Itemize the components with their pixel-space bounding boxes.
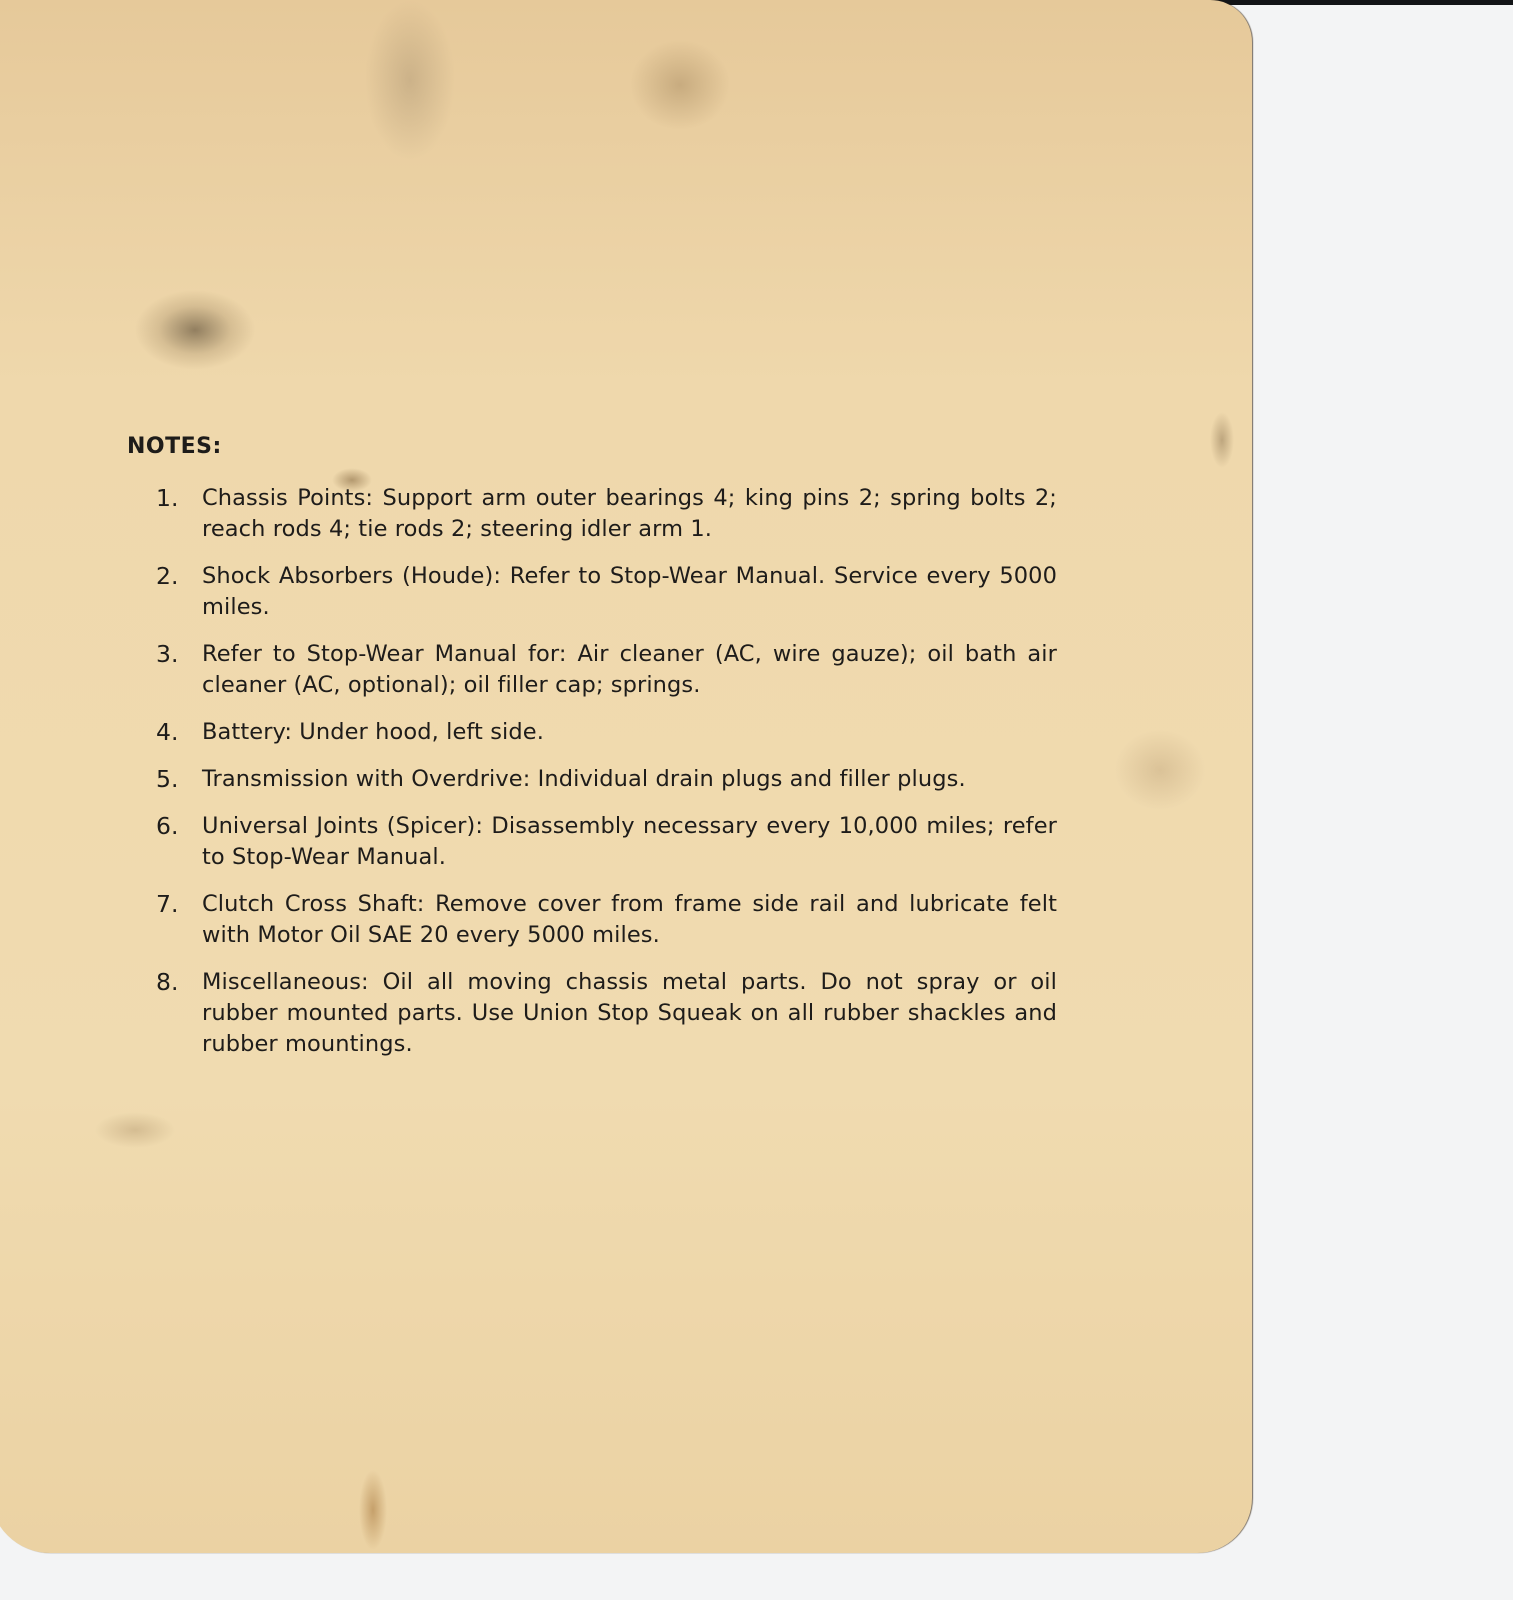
note-number: 5.: [156, 764, 202, 795]
note-item: 1. Chassis Points: Support arm outer bea…: [127, 483, 1057, 545]
note-item: 3. Refer to Stop-Wear Manual for: Air cl…: [127, 639, 1057, 701]
note-item: 4. Battery: Under hood, left side.: [127, 717, 1057, 748]
note-number: 8.: [156, 967, 202, 998]
note-text: Chassis Points: Support arm outer bearin…: [202, 483, 1057, 545]
note-text: Clutch Cross Shaft: Remove cover from fr…: [202, 889, 1057, 951]
note-item: 8. Miscellaneous: Oil all moving chassis…: [127, 967, 1057, 1060]
note-item: 2. Shock Absorbers (Houde): Refer to Sto…: [127, 561, 1057, 623]
note-number: 3.: [156, 639, 202, 670]
notes-heading: NOTES:: [127, 434, 1057, 459]
note-text: Shock Absorbers (Houde): Refer to Stop-W…: [202, 561, 1057, 623]
paper-card: NOTES: 1. Chassis Points: Support arm ou…: [0, 0, 1252, 1553]
note-text: Transmission with Overdrive: Individual …: [202, 764, 1057, 795]
note-number: 1.: [156, 483, 202, 514]
note-number: 6.: [156, 811, 202, 842]
note-item: 5. Transmission with Overdrive: Individu…: [127, 764, 1057, 795]
note-text: Battery: Under hood, left side.: [202, 717, 1057, 748]
notes-list: 1. Chassis Points: Support arm outer bea…: [127, 483, 1057, 1060]
note-item: 6. Universal Joints (Spicer): Disassembl…: [127, 811, 1057, 873]
note-number: 7.: [156, 889, 202, 920]
note-item: 7. Clutch Cross Shaft: Remove cover from…: [127, 889, 1057, 951]
note-text: Refer to Stop-Wear Manual for: Air clean…: [202, 639, 1057, 701]
notes-section: NOTES: 1. Chassis Points: Support arm ou…: [127, 434, 1057, 1076]
note-text: Miscellaneous: Oil all moving chassis me…: [202, 967, 1057, 1060]
note-number: 4.: [156, 717, 202, 748]
note-number: 2.: [156, 561, 202, 592]
note-text: Universal Joints (Spicer): Disassembly n…: [202, 811, 1057, 873]
